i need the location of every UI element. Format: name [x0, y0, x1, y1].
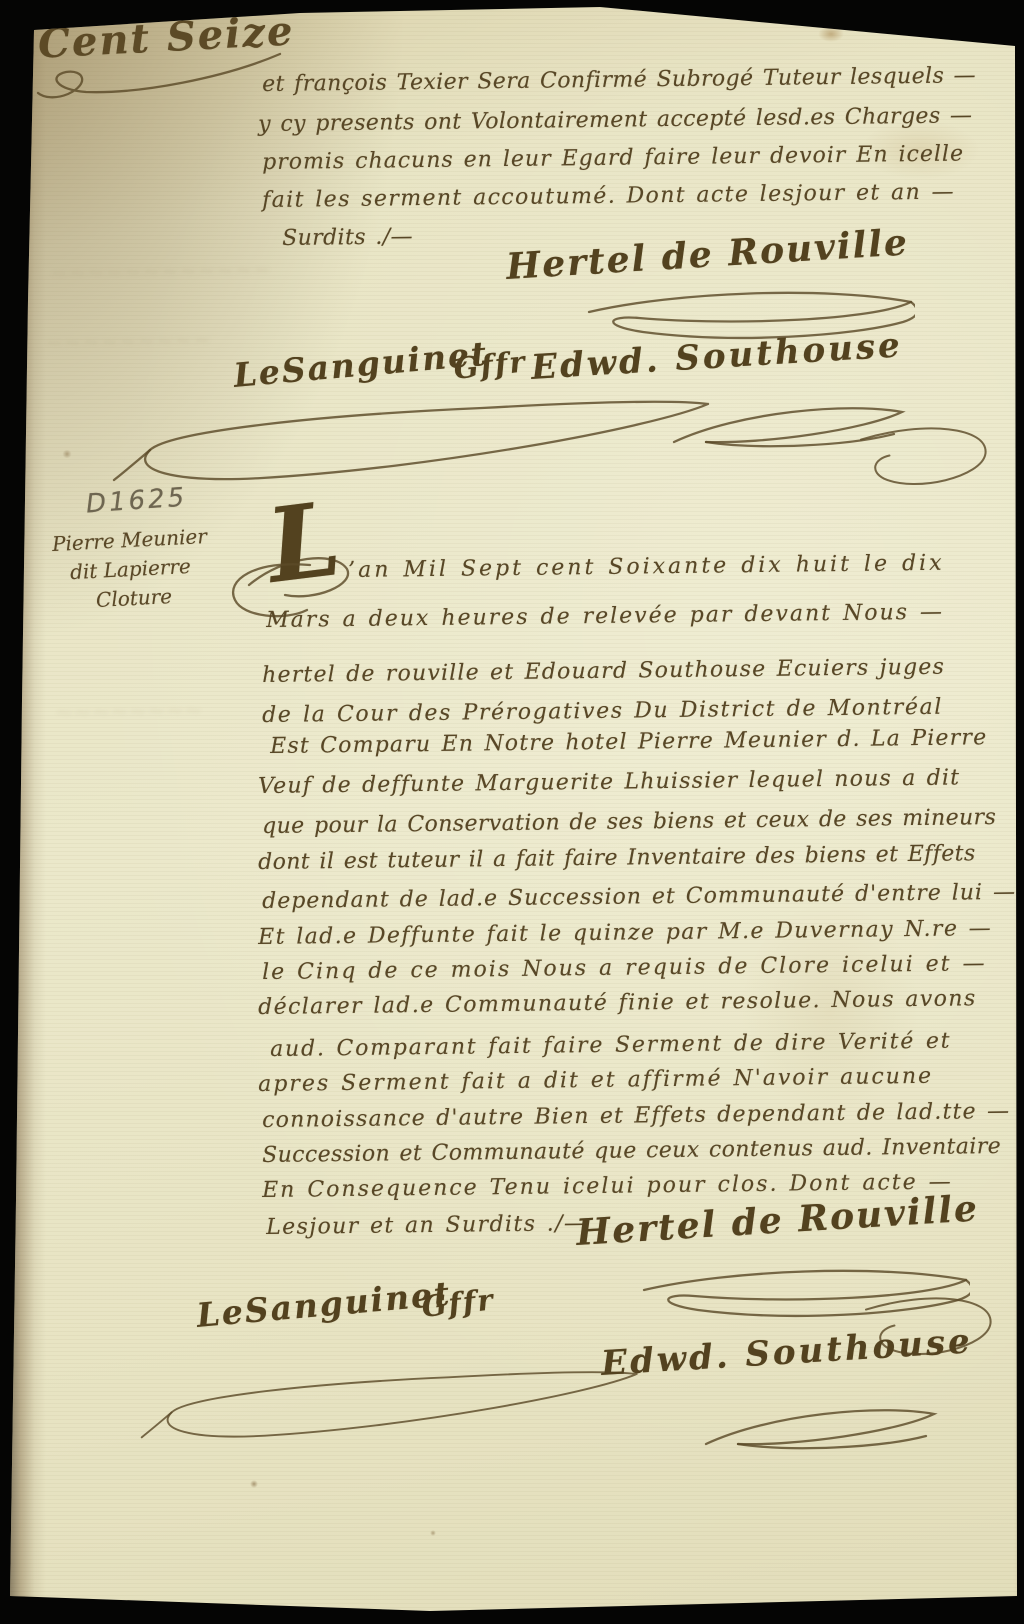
verso-show-through: ~~~~~~~~~: [45, 329, 211, 357]
folio-number: Cent Seize: [37, 7, 296, 67]
act-line: Mars a deux heures de relevée par devant…: [266, 600, 944, 633]
paper-sheet: ~~~~~~~~~~~~ ~~~~~~~~~ ~~~~~~~~ Cent Sei…: [0, 0, 1024, 1624]
act-line: Est Comparu En Notre hotel Pierre Meunie…: [270, 725, 988, 759]
act-line: promis chacuns en leur Egard faire leur …: [262, 141, 964, 175]
act-line: de la Cour des Prérogatives Du District …: [262, 695, 943, 728]
act-line: le Cinq de ce mois Nous a requis de Clor…: [262, 951, 987, 985]
signature-clerk-name: LeSanguinet: [232, 334, 490, 395]
archival-ref-code: D1625: [85, 483, 188, 520]
paper-stain: [250, 1480, 258, 1488]
act-line: Succession et Communauté que ceux conten…: [262, 1134, 1001, 1168]
signature-paraph-flourish-icon: [668, 398, 908, 454]
signature-clerk-name: LeSanguinet: [195, 1274, 453, 1335]
act-line: dont il est tuteur il a fait faire Inven…: [258, 841, 976, 875]
signature-judge-southouse: Edwd. Southouse: [600, 1321, 974, 1384]
margin-note-line: Pierre Meunier: [51, 524, 207, 556]
act-line: déclarer lad.e Communauté finie et resol…: [258, 986, 977, 1020]
paper-stain: [818, 26, 844, 42]
act-line: Surdits ./—: [282, 224, 413, 251]
act-line: Veuf de deffunte Marguerite Lhuissier le…: [258, 765, 960, 799]
act-line: Lesjour et an Surdits ./—: [266, 1211, 587, 1240]
clerk-oval-flourish-icon: [112, 384, 712, 484]
act-line: apres Serment fait a dit et affirmé N'av…: [258, 1064, 933, 1097]
signature-clerk-title: Gffr: [452, 344, 528, 385]
signature-judge-hertel-de-rouville: Hertel de Rouville: [505, 221, 910, 288]
paper-stain: [62, 450, 72, 458]
flourish-curl-icon: [850, 420, 1000, 500]
act-line: et françois Texier Sera Confirmé Subrogé…: [262, 63, 976, 97]
margin-note-line: Cloture: [95, 584, 172, 612]
act-line: que pour la Conservation de ses biens et…: [262, 805, 996, 839]
act-line: hertel de rouville et Edouard Southouse …: [262, 655, 945, 688]
act-line: fait les serment accoutumé. Dont acte le…: [262, 180, 955, 213]
paper-stain: [430, 1530, 436, 1536]
margin-note-line: dit Lapierre: [69, 554, 191, 584]
act-line: y cy presents ont Volontairement accepté…: [258, 103, 973, 137]
act-line: aud. Comparant fait faire Serment de dir…: [270, 1029, 952, 1062]
signature-judge-southouse: Edwd. Southouse: [530, 325, 904, 388]
signature-paraph-flourish-icon: [700, 1400, 940, 1456]
signature-clerk-title: Gffr: [420, 1282, 496, 1323]
act-line: ’an Mil Sept cent Soixante dix huit le d…: [348, 551, 945, 583]
manuscript-scan-page: ~~~~~~~~~~~~ ~~~~~~~~~ ~~~~~~~~ Cent Sei…: [0, 0, 1024, 1624]
verso-show-through: ~~~~~~~~: [55, 699, 203, 727]
book-binding-shadow: [0, 0, 46, 1624]
signature-paraph-flourish-icon: [640, 1262, 970, 1322]
act-opening-initial: L: [262, 488, 346, 598]
act-line: connoissance d'autre Bien et Effets depe…: [262, 1099, 1010, 1133]
verso-show-through: ~~~~~~~~~~~~: [50, 258, 272, 287]
act-line: dependant de lad.e Succession et Communa…: [262, 880, 1016, 914]
act-line: Et lad.e Deffunte fait le quinze par M.e…: [258, 916, 992, 950]
clerk-oval-flourish-icon: [140, 1334, 640, 1464]
